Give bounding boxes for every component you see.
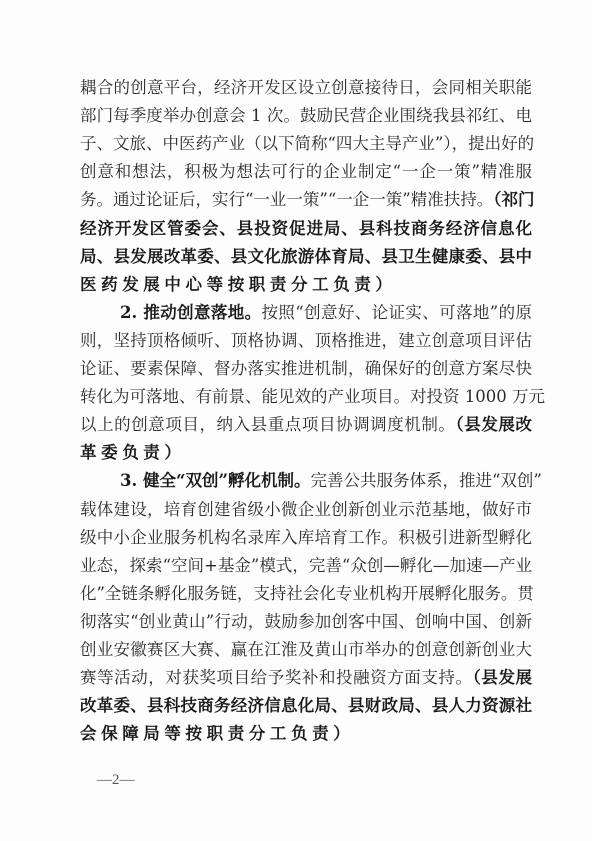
text-line: 局、县发展改革委、县文化旅游体育局、县卫生健康委、县中 xyxy=(80,243,532,271)
text-line: 赛等活动，对获奖项目给予奖补和投融资方面支持。（县发展 xyxy=(80,664,532,692)
text-line: 子、文旅、中医药产业（以下简称“四大主导产业”），提出好的 xyxy=(80,130,532,158)
text-run: 论证、要素保障、督办落实推进机制，确保好的创意方案尽快 xyxy=(80,359,532,378)
text-line: 彻落实“创业黄山”行动，鼓励参加创客中国、创响中国、创新 xyxy=(80,608,532,636)
bold-text: 经济开发区管委会、县投资促进局、县科技商务经济信息化 xyxy=(80,219,532,238)
text-run: 载体建设，培育创建省级小微企业创新创业示范基地，做好市 xyxy=(80,500,532,519)
text-line: 务。通过论证后，实行“一业一策”“一企一策”精准扶持。（祁门 xyxy=(80,186,532,214)
text-line: 革委负责） xyxy=(80,439,532,467)
text-line: 创意和想法，积极为想法可行的企业制定“一企一策”精准服 xyxy=(80,158,532,186)
text-line: 耦合的创意平台，经济开发区设立创意接待日，会同相关职能 xyxy=(80,74,532,102)
text-line: 化”全链条孵化服务链，支持社会化专业机构开展孵化服务。贯 xyxy=(80,580,532,608)
text-run: 按照“创意好、论证实、可落地”的原 xyxy=(262,303,532,322)
text-run: 转化为可落地、有前景、能见效的产业项目。对投资 1000 万元 xyxy=(80,387,545,406)
bold-text: （县发展改 xyxy=(455,415,532,434)
text-line: 转化为可落地、有前景、能见效的产业项目。对投资 1000 万元 xyxy=(80,383,532,411)
bold-text: 局、县发展改革委、县文化旅游体育局、县卫生健康委、县中 xyxy=(80,247,532,266)
text-run: 彻落实“创业黄山”行动，鼓励参加创客中国、创响中国、创新 xyxy=(80,612,532,631)
text-line: 载体建设，培育创建省级小微企业创新创业示范基地，做好市 xyxy=(80,496,532,524)
text-line: 医药发展中心等按职责分工负责） xyxy=(80,271,532,299)
text-line: 会保障局等按职责分工负责） xyxy=(80,720,532,748)
text-run: 完善公共服务体系，推进“双创” xyxy=(310,471,541,490)
text-run: 子、文旅、中医药产业（以下简称“四大主导产业”），提出好的 xyxy=(80,134,534,153)
text-line: 改革委、县科技商务经济信息化局、县财政局、县人力资源社 xyxy=(80,692,532,720)
text-line: 3. 健全“双创”孵化机制。完善公共服务体系，推进“双创” xyxy=(120,467,532,495)
text-line: 级中小企业服务机构名录库入库培育工作。积极引进新型孵化 xyxy=(80,524,532,552)
text-run: 化”全链条孵化服务链，支持社会化专业机构开展孵化服务。贯 xyxy=(80,584,534,603)
text-line: 创业安徽赛区大赛、赢在江淮及黄山市举办的创意创新创业大 xyxy=(80,636,532,664)
page-number: —2— xyxy=(97,772,135,789)
text-run: 则，坚持顶格倾听、顶格协调、顶格推进，建立创意项目评估 xyxy=(80,331,532,350)
text-run: 耦合的创意平台，经济开发区设立创意接待日，会同相关职能 xyxy=(80,78,532,97)
bold-text: （县发展 xyxy=(473,668,532,687)
text-line: 则，坚持顶格倾听、顶格协调、顶格推进，建立创意项目评估 xyxy=(80,327,532,355)
text-line: 部门每季度举办创意会 1 次。鼓励民营企业围绕我县祁红、电 xyxy=(80,102,532,130)
document-page: 耦合的创意平台，经济开发区设立创意接待日，会同相关职能部门每季度举办创意会 1 … xyxy=(0,0,592,841)
bold-text: 医药发展中心等按职责分工负责） xyxy=(80,275,397,294)
text-run: 创意和想法，积极为想法可行的企业制定“一企一策”精准服 xyxy=(80,162,532,181)
text-line: 经济开发区管委会、县投资促进局、县科技商务经济信息化 xyxy=(80,215,532,243)
text-run: 赛等活动，对获奖项目给予奖补和投融资方面支持。 xyxy=(80,668,473,687)
text-line: 业态，探索“空间+基金”模式，完善“众创—孵化—加速—产业 xyxy=(80,552,532,580)
bold-text: 革委负责） xyxy=(80,443,186,462)
bold-text: 2. 推动创意落地。 xyxy=(120,303,262,322)
bold-text: 改革委、县科技商务经济信息化局、县财政局、县人力资源社 xyxy=(80,696,532,715)
text-line: 2. 推动创意落地。按照“创意好、论证实、可落地”的原 xyxy=(120,299,532,327)
text-run: 以上的创意项目，纳入县重点项目协调调度机制。 xyxy=(80,415,455,434)
bold-text: 会保障局等按职责分工负责） xyxy=(80,724,354,743)
text-run: 级中小企业服务机构名录库入库培育工作。积极引进新型孵化 xyxy=(80,528,532,547)
bold-text: （祁门 xyxy=(493,190,534,209)
text-run: 业态，探索“空间+基金”模式，完善“众创—孵化—加速—产业 xyxy=(80,556,532,575)
text-line: 论证、要素保障、督办落实推进机制，确保好的创意方案尽快 xyxy=(80,355,532,383)
text-line: 以上的创意项目，纳入县重点项目协调调度机制。（县发展改 xyxy=(80,411,532,439)
text-run: 务。通过论证后，实行“一业一策”“一企一策”精准扶持。 xyxy=(80,190,493,209)
text-run: 创业安徽赛区大赛、赢在江淮及黄山市举办的创意创新创业大 xyxy=(80,640,532,659)
text-run: 部门每季度举办创意会 1 次。鼓励民营企业围绕我县祁红、电 xyxy=(80,106,532,125)
bold-text: 3. 健全“双创”孵化机制。 xyxy=(120,471,310,490)
